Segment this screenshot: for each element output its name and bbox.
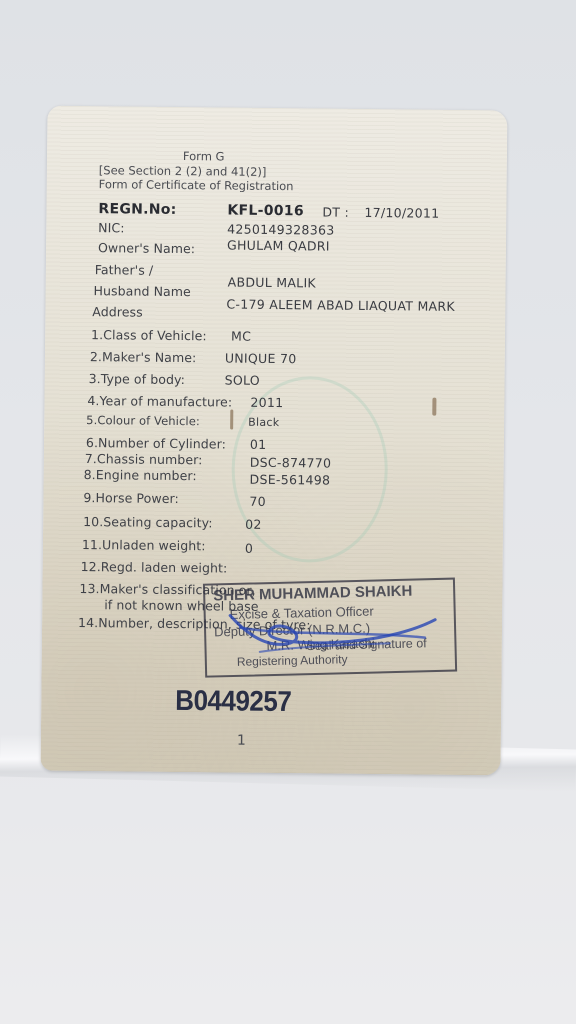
field-label-cylinder: 6.Number of Cylinder: xyxy=(86,435,226,451)
father-label-line1: Father's / xyxy=(95,262,154,278)
nic-label: NIC: xyxy=(98,220,125,235)
field-label-seating: 10.Seating capacity: xyxy=(83,514,213,530)
father-value: ABDUL MALIK xyxy=(228,275,316,291)
field-label-year: 4.Year of manufacture: xyxy=(87,393,232,410)
field-label-maker: 2.Maker's Name: xyxy=(90,349,197,365)
field-value-cylinder: 01 xyxy=(250,437,267,452)
field-value-horsepower: 70 xyxy=(249,494,266,509)
page-number: 1 xyxy=(237,733,246,749)
field-label-engine: 8.Engine number: xyxy=(84,467,197,483)
field-value-year: 2011 xyxy=(250,395,283,410)
field-label-unladen: 11.Unladen weight: xyxy=(82,537,206,553)
owner-name-label: Owner's Name: xyxy=(98,240,195,256)
father-label-line2: Husband Name xyxy=(93,283,190,299)
date-label: DT : xyxy=(322,204,349,219)
field-value-colour: Black xyxy=(248,416,279,429)
stain xyxy=(432,398,436,416)
stamp-designation: Excise & Taxation Officer xyxy=(230,604,374,623)
registration-certificate: Form G [See Section 2 (2) and 41(2)] For… xyxy=(41,106,508,776)
stamp-authority: Registering Authority xyxy=(237,652,348,669)
official-stamp: SHER MUHAMMAD SHAIKH Excise & Taxation O… xyxy=(203,578,457,678)
regn-value: KFL-0016 xyxy=(227,202,304,219)
field-label-colour: 5.Colour of Vehicle: xyxy=(86,413,200,428)
date-value: 17/10/2011 xyxy=(364,205,439,221)
address-label: Address xyxy=(92,304,143,320)
field-value-engine: DSE-561498 xyxy=(250,472,331,488)
address-value: C-179 ALEEM ABAD LIAQUAT MARK xyxy=(226,296,455,313)
form-subtitle: Form of Certificate of Registration xyxy=(99,177,294,193)
field-value-body: SOLO xyxy=(225,372,260,387)
field-label-laden: 12.Regd. laden weight: xyxy=(81,559,228,576)
regn-label: REGN.No: xyxy=(98,201,176,218)
form-title: Form G xyxy=(183,149,225,163)
serial-number: B0449257 xyxy=(175,683,291,718)
stamp-wing: M.R. Wing Karachi xyxy=(266,636,375,654)
stain xyxy=(230,410,233,430)
owner-name-value: GHULAM QADRI xyxy=(227,237,330,253)
field-label-horsepower: 9.Horse Power: xyxy=(83,490,179,506)
field-value-class: MC xyxy=(231,329,251,344)
stamp-officer-name: SHER MUHAMMAD SHAIKH xyxy=(213,583,413,605)
field-value-unladen: 0 xyxy=(245,541,253,556)
field-label-class: 1.Class of Vehicle: xyxy=(91,327,207,343)
field-value-maker: UNIQUE 70 xyxy=(225,350,297,366)
nic-value: 4250149328363 xyxy=(227,221,334,237)
field-label-body: 3.Type of body: xyxy=(89,371,186,387)
field-label-chassis: 7.Chassis number: xyxy=(85,451,203,467)
field-value-seating: 02 xyxy=(245,517,262,532)
field-value-chassis: DSC-874770 xyxy=(250,455,332,471)
